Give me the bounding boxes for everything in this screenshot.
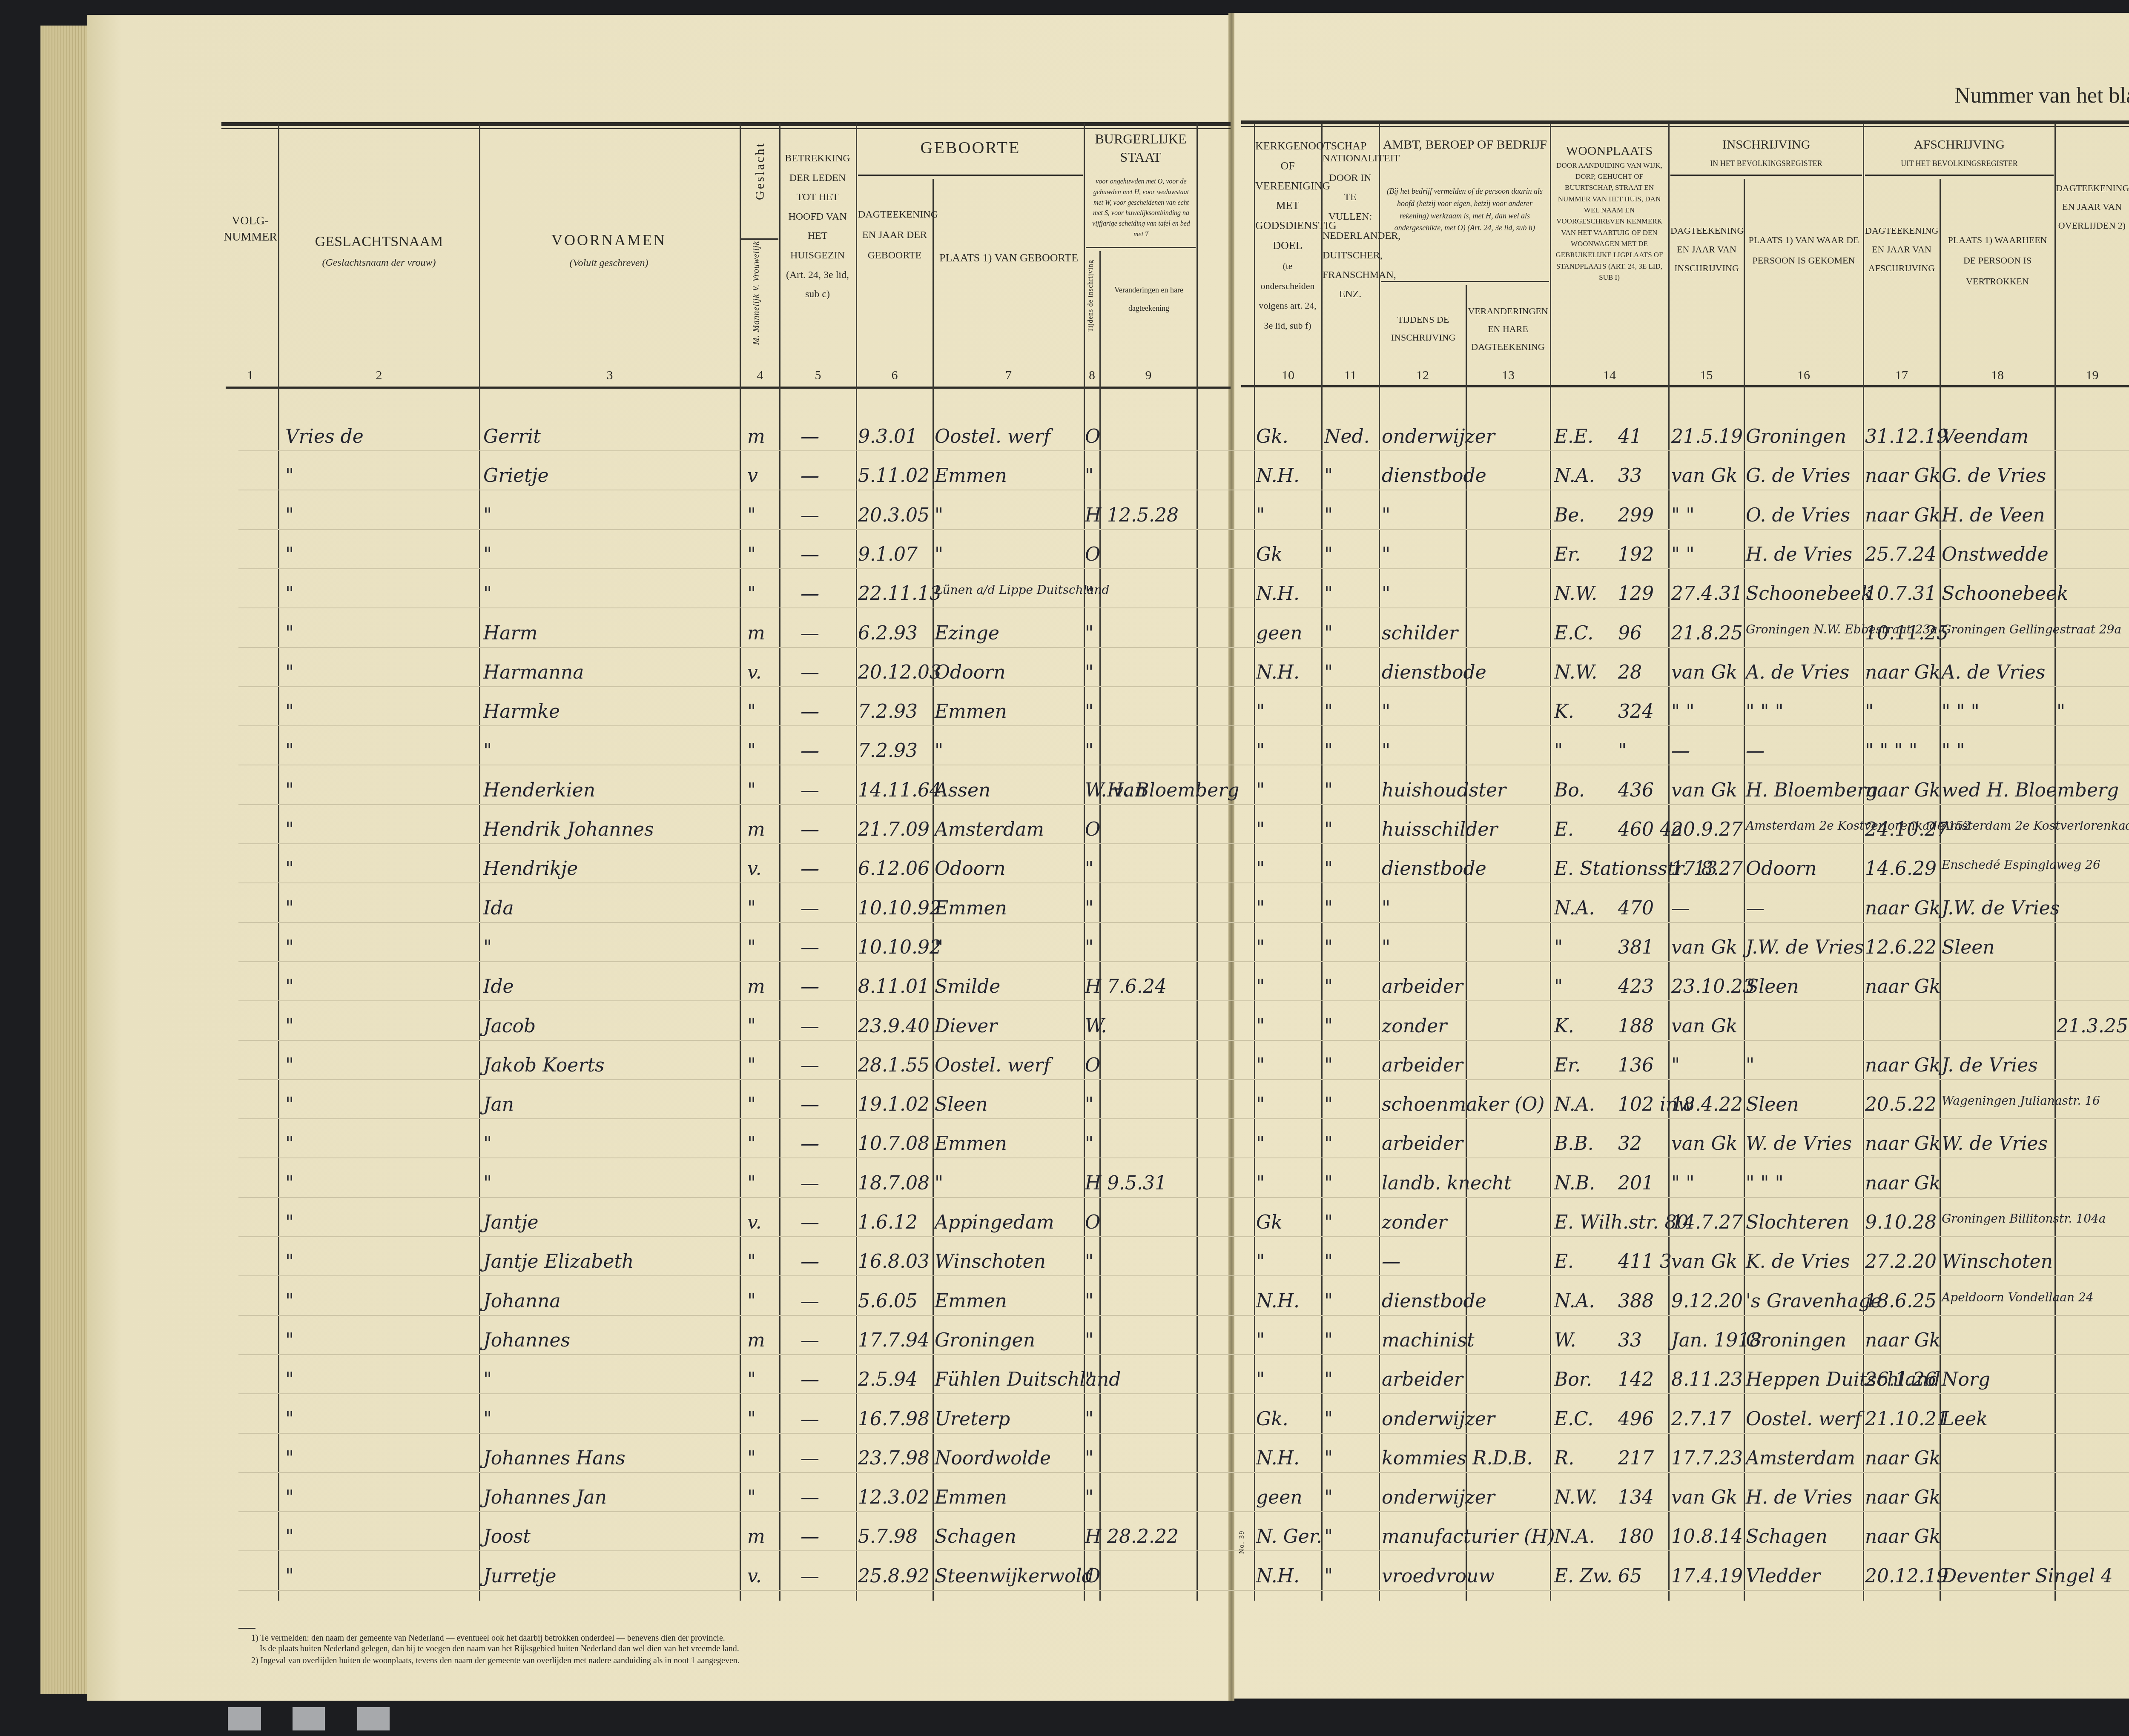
afschrijving-to-cell: J. de Vries — [1942, 1054, 2038, 1076]
church-cell: Gk. — [1256, 426, 1288, 447]
afschrijving-to-cell: Sleen — [1942, 937, 1995, 958]
nationality-cell: Ned. — [1324, 426, 1370, 447]
ruled-line — [238, 882, 2129, 883]
civil-status-cell: " — [1085, 858, 1093, 879]
address-wijk-cell: Bo. — [1554, 779, 1585, 801]
birth-place-cell: Emmen — [935, 1133, 1007, 1154]
nationality-cell: " — [1324, 779, 1333, 801]
ruled-line — [238, 1040, 2129, 1041]
birth-place-cell: " — [935, 1172, 943, 1194]
address-wijk-cell: R. — [1554, 1447, 1574, 1469]
address-number-cell: 134 — [1618, 1487, 1654, 1508]
column-divider — [740, 123, 741, 1601]
birth-date-cell: 8.11.01 — [858, 976, 930, 997]
sex-cell: " — [747, 504, 756, 526]
group-header-ambt: AMBT, BEROEP OF BEDRIJF — [1381, 136, 1549, 154]
ruled-line — [238, 1118, 2129, 1119]
address-number-cell: 41 — [1618, 426, 1642, 447]
given-name-cell: " — [483, 544, 492, 565]
header-top-rule-thin — [1241, 126, 2129, 127]
address-wijk-cell: " — [1554, 976, 1563, 997]
relation-cell: — — [801, 701, 819, 722]
column-divider — [278, 123, 279, 1601]
afschrijving-date-cell: naar Gk — [1865, 1526, 1941, 1547]
civil-change-cell: 9.5.31 — [1107, 1172, 1167, 1194]
birth-place-cell: Noordwolde — [935, 1447, 1051, 1469]
ruled-line — [238, 1354, 2129, 1355]
birth-place-cell: Lünen a/d Lippe Duitschland — [935, 583, 1109, 597]
afschrijving-date-cell: " " " " — [1865, 740, 1917, 762]
inschrijving-date-cell: 2.7.17 — [1671, 1408, 1731, 1430]
nationality-cell: " — [1324, 583, 1333, 604]
sex-cell: m — [747, 1526, 765, 1547]
surname-cell: " — [285, 819, 294, 840]
group-rule — [1381, 281, 1549, 282]
church-cell: Gk — [1256, 544, 1283, 565]
birth-place-cell: Emmen — [935, 465, 1007, 487]
nationality-cell: " — [1324, 1526, 1333, 1547]
sex-cell: " — [747, 701, 756, 722]
address-number-cell: 470 — [1618, 897, 1654, 919]
nationality-cell: " — [1324, 1369, 1333, 1390]
occupation-cell: dienstbode — [1382, 662, 1486, 683]
ruled-line — [238, 1197, 2129, 1198]
civil-status-cell: " — [1085, 1133, 1093, 1154]
occupation-cell: schoenmaker (O) — [1382, 1094, 1545, 1115]
afschrijving-to-cell: " " — [1942, 740, 1965, 762]
afschrijving-date-cell: naar Gk — [1865, 1447, 1941, 1469]
ruled-line — [238, 450, 2129, 451]
col-number: 6 — [857, 368, 933, 383]
nationality-cell: " — [1324, 819, 1333, 840]
col-number: 16 — [1745, 368, 1863, 383]
address-wijk-cell: N.A. — [1554, 1290, 1595, 1312]
inschrijving-from-cell: Groningen — [1746, 1329, 1846, 1351]
civil-change-cell: H. Bloemberg — [1107, 779, 1239, 801]
ruled-line — [238, 1315, 2129, 1316]
sex-cell: m — [747, 622, 765, 644]
relation-cell: — — [801, 1133, 819, 1154]
birth-place-cell: Sleen — [935, 1094, 988, 1115]
col-number: 8 — [1085, 368, 1099, 383]
afschrijving-to-cell: A. de Vries — [1942, 662, 2045, 683]
sex-cell: v. — [747, 662, 762, 683]
birth-place-cell: Assen — [935, 779, 990, 801]
inschrijving-date-cell: 9.12.20 — [1671, 1290, 1743, 1312]
nationality-cell: " — [1324, 1172, 1333, 1194]
surname-cell: " — [285, 465, 294, 487]
surname-cell: " — [285, 1172, 294, 1194]
occupation-cell: landb. knecht — [1382, 1172, 1512, 1194]
ruled-line — [238, 843, 2129, 844]
surname-cell: " — [285, 583, 294, 604]
occupation-cell: onderwijzer — [1382, 426, 1495, 447]
birth-date-cell: 19.1.02 — [858, 1094, 930, 1115]
occupation-cell: manufacturier (H) — [1382, 1526, 1555, 1547]
civil-change-cell: 12.5.28 — [1107, 504, 1179, 526]
address-number-cell: 33 — [1618, 1329, 1642, 1351]
birth-place-cell: Diever — [935, 1015, 997, 1037]
relation-cell: — — [801, 583, 819, 604]
church-cell: geen — [1256, 1487, 1303, 1508]
occupation-cell: " — [1382, 544, 1390, 565]
given-name-cell: Johannes — [483, 1329, 570, 1351]
surname-cell: " — [285, 1565, 294, 1587]
birth-place-cell: Steenwijkerwold — [935, 1565, 1094, 1587]
address-number-cell: 201 — [1618, 1172, 1654, 1194]
afschrijving-to-cell: Veendam — [1942, 426, 2029, 447]
inschrijving-from-cell: Odoorn — [1746, 858, 1817, 879]
column-divider — [779, 123, 780, 1601]
given-name-cell: Jacob — [483, 1015, 536, 1037]
col-number: 19 — [2055, 368, 2129, 383]
afschrijving-date-cell: 10.11.25 — [1865, 622, 1948, 644]
occupation-cell: " — [1382, 701, 1390, 722]
surname-cell: " — [285, 662, 294, 683]
col-header-voornamen: Voornamen(Voluit geschreven) — [481, 230, 737, 271]
inschrijving-date-cell: van Gk — [1671, 1487, 1737, 1508]
surname-cell: Vries de — [285, 426, 364, 447]
sex-cell: " — [747, 1408, 756, 1430]
inschrijving-from-cell: W. de Vries — [1746, 1133, 1852, 1154]
inschrijving-date-cell: " " — [1671, 504, 1694, 526]
col-number: 9 — [1100, 368, 1196, 383]
nationality-cell: " — [1324, 1015, 1333, 1037]
col-number: 11 — [1322, 368, 1379, 383]
col-header-afschrijving-datum: Dagteekening en jaar van afschrijving — [1865, 221, 1938, 278]
church-cell: " — [1256, 504, 1265, 526]
relation-cell: — — [801, 622, 819, 644]
address-wijk-cell: Er. — [1554, 1054, 1581, 1076]
col-number: 15 — [1669, 368, 1744, 383]
occupation-cell: arbeider — [1382, 976, 1463, 997]
surname-cell: " — [285, 1290, 294, 1312]
inschrijving-from-cell: G. de Vries — [1746, 465, 1850, 487]
form-code: No. 39 — [1238, 1530, 1246, 1554]
address-wijk-cell: " — [1554, 937, 1563, 958]
sex-cell: " — [747, 1290, 756, 1312]
birth-date-cell: 25.8.92 — [858, 1565, 930, 1587]
church-cell: " — [1256, 937, 1265, 958]
afschrijving-date-cell: 14.6.29 — [1865, 858, 1937, 879]
nationality-cell: " — [1324, 1212, 1333, 1233]
occupation-cell: — — [1382, 1251, 1400, 1272]
address-number-cell: 142 — [1618, 1369, 1654, 1390]
inschrijving-from-cell: " — [1746, 1054, 1754, 1076]
afschrijving-date-cell: naar Gk — [1865, 1487, 1941, 1508]
given-name-cell: Jurretje — [483, 1565, 556, 1587]
group-header-inschrijving: INSCHRIJVINGIN HET BEVOLKINGSREGISTER — [1670, 136, 1862, 171]
church-cell: " — [1256, 1172, 1265, 1194]
group-rule — [858, 175, 1083, 176]
group-rule — [741, 238, 778, 240]
col-number: 18 — [1940, 368, 2054, 383]
afschrijving-date-cell: 12.6.22 — [1865, 937, 1937, 958]
civil-status-cell: O — [1085, 1565, 1100, 1587]
occupation-cell: dienstbode — [1382, 858, 1486, 879]
church-cell: " — [1256, 740, 1265, 762]
address-wijk-cell: N.A. — [1554, 465, 1595, 487]
inschrijving-date-cell: 23.10.23 — [1671, 976, 1755, 997]
inschrijving-from-cell: Sleen — [1746, 1094, 1799, 1115]
given-name-cell: Johannes Hans — [483, 1447, 626, 1469]
given-name-cell: " — [483, 937, 492, 958]
col-header-geboorte-datum: Dagteekening en jaar der geboorte — [858, 204, 931, 266]
ruled-line — [238, 686, 2129, 687]
afschrijving-to-cell: W. de Vries — [1942, 1133, 2048, 1154]
inschrijving-date-cell: van Gk — [1671, 1133, 1737, 1154]
col-number: 5 — [780, 368, 856, 383]
civil-change-cell: 28.2.22 — [1107, 1526, 1179, 1547]
address-wijk-cell: N.W. — [1554, 1487, 1597, 1508]
column-divider — [1379, 123, 1380, 1601]
address-number-cell: 180 — [1618, 1526, 1654, 1547]
afschrijving-to-cell: Norg — [1942, 1369, 1990, 1390]
address-number-cell: 188 — [1618, 1015, 1654, 1037]
afschrijving-date-cell: naar Gk — [1865, 504, 1941, 526]
given-name-cell: Jakob Koerts — [483, 1054, 605, 1076]
relation-cell: — — [801, 1408, 819, 1430]
birth-date-cell: 9.3.01 — [858, 426, 918, 447]
given-name-cell: " — [483, 1172, 492, 1194]
afschrijving-to-cell: H. de Veen — [1942, 504, 2045, 526]
inschrijving-from-cell: — — [1746, 740, 1765, 762]
inschrijving-date-cell: van Gk — [1671, 662, 1737, 683]
birth-date-cell: 5.6.05 — [858, 1290, 918, 1312]
surname-cell: " — [285, 1054, 294, 1076]
death-date-cell: " — [2057, 701, 2065, 722]
afschrijving-to-cell: Schoonebeek — [1942, 583, 2068, 604]
ruled-line — [238, 490, 2129, 490]
ruled-line — [238, 1000, 2129, 1001]
inschrijving-date-cell: van Gk — [1671, 465, 1737, 487]
col-number: 14 — [1551, 368, 1668, 383]
civil-status-cell: " — [1085, 1290, 1093, 1312]
occupation-cell: kommies R.D.B. — [1382, 1447, 1532, 1469]
given-name-cell: Johanna — [483, 1290, 561, 1312]
birth-date-cell: 1.6.12 — [858, 1212, 918, 1233]
relation-cell: — — [801, 1329, 819, 1351]
afschrijving-to-cell: Apeldoorn Vondellaan 24 — [1942, 1290, 2094, 1304]
column-divider — [1099, 251, 1101, 1601]
surname-cell: " — [285, 622, 294, 644]
address-wijk-cell: " — [1554, 740, 1563, 762]
col-header-volgnummer: Volg-nummer — [224, 213, 277, 245]
given-name-cell: Harmke — [483, 701, 560, 722]
burgerlijke-staat-legend: voor ongehuwden met O, voor de gehuwden … — [1088, 177, 1194, 240]
address-number-cell: 217 — [1618, 1447, 1654, 1469]
afschrijving-to-cell: wed H. Bloemberg — [1942, 779, 2119, 801]
column-divider — [1254, 123, 1255, 1601]
birth-date-cell: 10.7.08 — [858, 1133, 930, 1154]
birth-place-cell: Winschoten — [935, 1251, 1046, 1272]
surname-cell: " — [285, 1015, 294, 1037]
relation-cell: — — [801, 662, 819, 683]
address-wijk-cell: Bor. — [1554, 1369, 1592, 1390]
col-header-veranderingen: Veranderingen en hare dagteekening — [1102, 281, 1196, 318]
footnote-2: 2) Ingeval van overlijden buiten de woon… — [251, 1656, 740, 1666]
church-cell: N.H. — [1256, 583, 1300, 604]
relation-cell: — — [801, 1447, 819, 1469]
ruled-line — [238, 1393, 2129, 1394]
afschrijving-date-cell: naar Gk — [1865, 1172, 1941, 1194]
nationality-cell: " — [1324, 1408, 1333, 1430]
inschrijving-date-cell: 21.8.25 — [1671, 622, 1743, 644]
address-wijk-cell: N.A. — [1554, 897, 1595, 919]
afschrijving-to-cell: J.W. de Vries — [1942, 897, 2060, 919]
color-scale-patch — [228, 1707, 261, 1730]
surname-cell: " — [285, 1251, 294, 1272]
relation-cell: — — [801, 1015, 819, 1037]
relation-cell: — — [801, 1094, 819, 1115]
ruled-line — [238, 529, 2129, 530]
afschrijving-to-cell: Leek — [1942, 1408, 1988, 1430]
address-wijk-cell: K. — [1554, 701, 1574, 722]
group-rule — [1086, 247, 1196, 248]
church-cell: " — [1256, 819, 1265, 840]
nationality-cell: " — [1324, 465, 1333, 487]
given-name-cell: Jan — [483, 1094, 514, 1115]
civil-status-cell: " — [1085, 465, 1093, 487]
nationality-cell: " — [1324, 622, 1333, 644]
sex-cell: " — [747, 937, 756, 958]
ruled-line — [238, 1550, 2129, 1551]
relation-cell: — — [801, 1172, 819, 1194]
col-header-geslacht: Geslacht — [753, 142, 767, 200]
inschrijving-date-cell: van Gk — [1671, 1015, 1737, 1037]
surname-cell: " — [285, 1329, 294, 1351]
occupation-cell: " — [1382, 583, 1390, 604]
afschrijving-date-cell: 26.1.26 — [1865, 1369, 1937, 1390]
civil-status-cell: " — [1085, 1329, 1093, 1351]
relation-cell: — — [801, 1487, 819, 1508]
afschrijving-date-cell: 20.5.22 — [1865, 1094, 1937, 1115]
church-cell: " — [1256, 858, 1265, 879]
occupation-cell: vroedvrouw — [1382, 1565, 1495, 1587]
birth-place-cell: Oostel. werf — [935, 426, 1050, 447]
given-name-cell: Henderkien — [483, 779, 595, 801]
relation-cell: — — [801, 937, 819, 958]
surname-cell: " — [285, 897, 294, 919]
inschrijving-from-cell: Schoonebeek — [1746, 583, 1872, 604]
church-cell: N.H. — [1256, 465, 1300, 487]
ruled-line — [238, 568, 2129, 569]
nationality-cell: " — [1324, 858, 1333, 879]
nationality-cell: " — [1324, 662, 1333, 683]
birth-date-cell: 7.2.93 — [858, 740, 918, 762]
ruled-line — [238, 647, 2129, 648]
inschrijving-from-cell: K. de Vries — [1746, 1251, 1850, 1272]
church-cell: " — [1256, 976, 1265, 997]
surname-cell: " — [285, 1212, 294, 1233]
birth-place-cell: " — [935, 504, 943, 526]
col-header-geboorte-plaats: Plaats 1) van geboorte — [935, 247, 1083, 269]
death-date-cell: 21.3.25 — [2057, 1015, 2128, 1037]
birth-place-cell: Groningen — [935, 1329, 1035, 1351]
church-cell: N.H. — [1256, 1565, 1300, 1587]
afschrijving-to-cell: Onstwedde — [1942, 544, 2049, 565]
occupation-cell: zonder — [1382, 1212, 1447, 1233]
birth-date-cell: 14.11.64 — [858, 779, 941, 801]
birth-date-cell: 28.1.55 — [858, 1054, 930, 1076]
birth-date-cell: 6.12.06 — [858, 858, 930, 879]
afschrijving-date-cell: 27.2.20 — [1865, 1251, 1937, 1272]
civil-status-cell: W. — [1085, 1015, 1107, 1037]
relation-cell: — — [801, 858, 819, 879]
church-cell: Gk — [1256, 1212, 1283, 1233]
book-page-edges-left — [40, 26, 92, 1694]
inschrijving-date-cell: 20.9.27 — [1671, 819, 1743, 840]
color-scale-patch — [293, 1707, 325, 1730]
column-divider — [933, 179, 934, 1601]
birth-place-cell: Odoorn — [935, 858, 1006, 879]
relation-cell: — — [801, 426, 819, 447]
inschrijving-date-cell: " " — [1671, 544, 1694, 565]
nationality-cell: " — [1324, 1290, 1333, 1312]
group-rule — [1670, 175, 1862, 176]
inschrijving-from-cell: H. de Vries — [1746, 1487, 1852, 1508]
birth-place-cell: Ezinge — [935, 622, 999, 644]
col-number: 7 — [933, 368, 1084, 383]
nationality-cell: " — [1324, 1565, 1333, 1587]
birth-date-cell: 23.9.40 — [858, 1015, 930, 1037]
occupation-cell: arbeider — [1382, 1369, 1463, 1390]
afschrijving-date-cell: naar Gk — [1865, 1329, 1941, 1351]
inschrijving-date-cell: 17.8.27 — [1671, 858, 1743, 879]
group-rule — [1865, 175, 2054, 176]
birth-place-cell: Appingedam — [935, 1212, 1054, 1233]
inschrijving-from-cell: Vledder — [1746, 1565, 1820, 1587]
sex-cell: m — [747, 976, 765, 997]
church-cell: " — [1256, 1251, 1265, 1272]
col-number: 17 — [1864, 368, 1940, 383]
inschrijving-date-cell: 17.4.19 — [1671, 1565, 1743, 1587]
given-name-cell: Joost — [483, 1526, 531, 1547]
col-header-ambt-veranderingen: Veranderingen en hare dagteekening — [1467, 302, 1549, 355]
civil-status-cell: " — [1085, 1094, 1093, 1115]
church-cell: N.H. — [1256, 1290, 1300, 1312]
address-wijk-cell: E. — [1554, 1251, 1574, 1272]
afschrijving-date-cell: naar Gk — [1865, 897, 1941, 919]
col-number: 1 — [224, 368, 277, 383]
birth-date-cell: 6.2.93 — [858, 622, 918, 644]
birth-date-cell: 18.7.08 — [858, 1172, 930, 1194]
civil-status-cell: " — [1085, 1251, 1093, 1272]
inschrijving-date-cell: — — [1671, 897, 1690, 919]
occupation-cell: " — [1382, 937, 1390, 958]
church-cell: " — [1256, 1015, 1265, 1037]
civil-status-cell: H — [1085, 1172, 1101, 1194]
birth-date-cell: 20.3.05 — [858, 504, 930, 526]
inschrijving-from-cell: Slochteren — [1746, 1212, 1849, 1233]
sex-cell: v — [747, 465, 758, 487]
address-number-cell: 496 — [1618, 1408, 1654, 1430]
address-number-cell: 299 — [1618, 504, 1654, 526]
relation-cell: — — [801, 976, 819, 997]
column-divider — [1550, 123, 1551, 1601]
birth-date-cell: 21.7.09 — [858, 819, 930, 840]
col-number: 13 — [1466, 368, 1550, 383]
address-number-cell: 192 — [1618, 544, 1654, 565]
header-top-rule-thin — [221, 128, 1231, 129]
nationality-cell: " — [1324, 504, 1333, 526]
sex-cell: " — [747, 740, 756, 762]
inschrijving-from-cell: A. de Vries — [1746, 662, 1849, 683]
column-divider — [1196, 123, 1198, 1601]
address-number-cell: 423 — [1618, 976, 1654, 997]
nationality-cell: " — [1324, 1447, 1333, 1469]
inschrijving-from-cell: H. de Vries — [1746, 544, 1852, 565]
